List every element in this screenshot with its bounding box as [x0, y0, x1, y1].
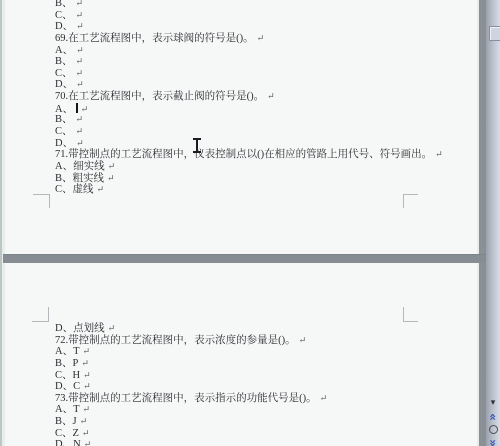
paragraph-mark-icon: ↵: [299, 335, 307, 345]
word-document-window: B、↵ C、↵ D、↵ 69.在工艺流程图中，表示球阀的符号是()。↵ A、↵ …: [0, 0, 500, 446]
doc-line[interactable]: A、T↵: [55, 404, 327, 416]
paragraph-mark-icon: ↵: [97, 184, 105, 194]
down-arrow-icon: ▾: [491, 398, 496, 408]
paragraph-mark-icon: ↵: [76, 68, 84, 78]
paragraph-mark-icon: ↵: [76, 126, 84, 136]
doc-line[interactable]: A、↵: [55, 45, 443, 57]
paragraph-mark-icon: ↵: [107, 173, 115, 183]
paragraph-mark-icon: ↵: [435, 149, 443, 159]
doc-line[interactable]: D、↵: [55, 21, 443, 33]
doc-line[interactable]: C、↵: [55, 10, 443, 22]
paragraph-mark-icon: ↵: [108, 323, 116, 333]
doc-line-with-caret[interactable]: A、↵: [55, 103, 443, 115]
scroll-down-button[interactable]: ▾: [486, 397, 500, 410]
paragraph-mark-icon: ↵: [76, 56, 84, 66]
paragraph-mark-icon: ↵: [83, 381, 91, 391]
paragraph-mark-icon: ↵: [76, 10, 84, 20]
next-page-button[interactable]: »: [486, 437, 500, 446]
doc-line[interactable]: D、C↵: [55, 381, 327, 393]
paragraph-mark-icon: ↵: [81, 358, 89, 368]
doc-line[interactable]: D、↵: [55, 79, 443, 91]
paragraph-mark-icon: ↵: [76, 0, 84, 8]
text-boundary-mark: [33, 194, 50, 208]
doc-line[interactable]: B、粗实线↵: [55, 173, 443, 185]
question-73[interactable]: 73.带控制点的工艺流程图中，表示指示的功能代号是()。↵: [55, 393, 327, 405]
browse-object-circle-icon: [489, 425, 498, 434]
doc-line[interactable]: B、↵: [55, 0, 443, 10]
paragraph-mark-icon: ↵: [76, 138, 84, 148]
vertical-scrollbar[interactable]: ▾ « »: [486, 0, 500, 446]
doc-line[interactable]: C、Z↵: [55, 428, 327, 440]
text-boundary-mark: [403, 194, 418, 208]
paragraph-mark-icon: ↵: [84, 439, 92, 446]
document-page-2[interactable]: D、点划线↵ 72.带控制点的工艺流程图中，表示浓度的参量是()。↵ A、T↵ …: [5, 263, 479, 446]
paragraph-mark-icon: ↵: [80, 416, 88, 426]
document-page-1[interactable]: B、↵ C、↵ D、↵ 69.在工艺流程图中，表示球阀的符号是()。↵ A、↵ …: [5, 0, 479, 254]
doc-line[interactable]: C、虚线↵: [55, 184, 443, 196]
paragraph-mark-icon: ↵: [257, 33, 265, 43]
question-71[interactable]: 71.带控制点的工艺流程图中，仪表控制点以()在相应的管路上用代号、符号画出。↵: [55, 149, 443, 161]
page-2-text: D、点划线↵ 72.带控制点的工艺流程图中，表示浓度的参量是()。↵ A、T↵ …: [55, 323, 327, 446]
text-insertion-caret: [76, 103, 78, 113]
page-break-separator: [3, 254, 486, 263]
select-browse-object-button[interactable]: [486, 424, 500, 436]
doc-line[interactable]: A、细实线↵: [55, 161, 443, 173]
paragraph-mark-icon: ↵: [82, 428, 90, 438]
doc-line[interactable]: D、点划线↵: [55, 323, 327, 335]
doc-line[interactable]: C、H↵: [55, 370, 327, 382]
paragraph-mark-icon: ↵: [76, 21, 84, 31]
doc-line[interactable]: B、↵: [55, 56, 443, 68]
paragraph-mark-icon: ↵: [76, 45, 84, 55]
double-chevron-up-icon: «: [487, 413, 499, 421]
doc-line-clipped[interactable]: D、N↵: [55, 439, 327, 446]
doc-line[interactable]: B、↵: [55, 114, 443, 126]
paragraph-mark-icon: ↵: [83, 404, 91, 414]
question-70[interactable]: 70.在工艺流程图中，表示截止阀的符号是()。↵: [55, 91, 443, 103]
doc-line[interactable]: B、J↵: [55, 416, 327, 428]
text-boundary-mark: [32, 307, 49, 322]
paragraph-mark-icon: ↵: [267, 91, 275, 101]
paragraph-mark-icon: ↵: [81, 104, 89, 114]
scrollbar-thumb[interactable]: [489, 26, 500, 41]
question-72[interactable]: 72.带控制点的工艺流程图中，表示浓度的参量是()。↵: [55, 335, 327, 347]
doc-line[interactable]: B、P↵: [55, 358, 327, 370]
previous-page-button[interactable]: «: [486, 411, 500, 423]
paragraph-mark-icon: ↵: [108, 161, 116, 171]
doc-line[interactable]: A、T↵: [55, 346, 327, 358]
paragraph-mark-icon: ↵: [320, 393, 328, 403]
paragraph-mark-icon: ↵: [83, 370, 91, 380]
paragraph-mark-icon: ↵: [83, 346, 91, 356]
ibeam-mouse-cursor: [192, 138, 201, 153]
paragraph-mark-icon: ↵: [76, 114, 84, 124]
doc-line[interactable]: C、↵: [55, 68, 443, 80]
paragraph-mark-icon: ↵: [76, 79, 84, 89]
page-1-text: B、↵ C、↵ D、↵ 69.在工艺流程图中，表示球阀的符号是()。↵ A、↵ …: [55, 0, 443, 196]
text-boundary-mark: [403, 307, 418, 322]
double-chevron-down-icon: »: [487, 439, 499, 446]
doc-line[interactable]: D、↵: [55, 138, 443, 150]
doc-line[interactable]: C、↵: [55, 126, 443, 138]
question-69[interactable]: 69.在工艺流程图中，表示球阀的符号是()。↵: [55, 33, 443, 45]
